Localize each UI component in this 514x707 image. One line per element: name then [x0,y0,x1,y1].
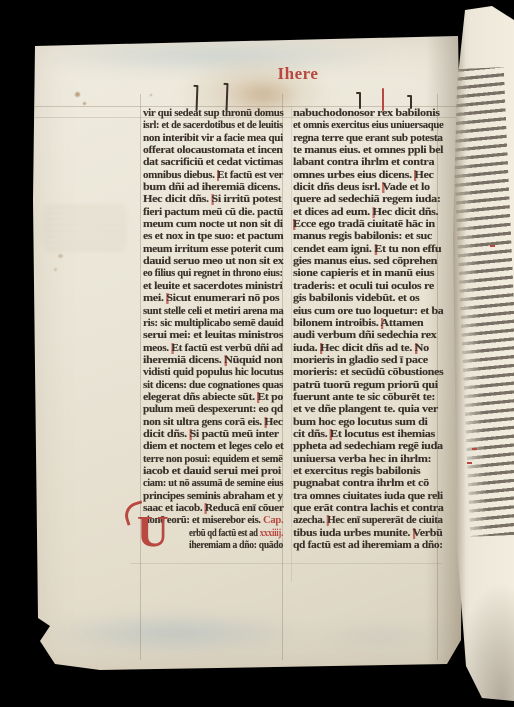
text-line: cit dñs. Et locutus est ihemias [293,429,443,441]
body-text: gies manus eius. sed cōprehen [293,256,437,267]
body-text: icut enumerari nō pos [173,293,280,304]
body-text: quere ad sedechiā regem iuda: [293,194,441,205]
text-line: serui mei: et leuitas ministros [143,330,283,342]
body-text: ppheta ad sedechiam regē iuda [293,441,443,452]
body-text: azecha. [293,515,327,526]
body-text: E [257,392,265,403]
body-text: t locutus est ihemias [338,429,435,440]
body-text: dicit dñs deus isrl. [293,182,382,193]
text-line: pulum meū despexerunt: eo qd [143,404,283,416]
body-text: Hec dicit dñs. [143,194,211,205]
text-line: ris: sic multiplicabo semē dauid [143,318,283,330]
body-text: t po [265,392,283,403]
text-line: gis babilonis videbūt. et os [293,293,443,305]
body-text: serui mei: et leuitas ministros [143,330,283,341]
ascender-flourish [410,95,412,109]
text-line: morieris in gladio sed ī pace [293,355,443,367]
text-line: bilonem introibis. Attamen [293,318,443,330]
body-text: diem et noctem et leges celo et [143,441,284,452]
body-text: eius cum ore tuo loquetur: et ba [293,306,443,317]
text-line: sione capieris et in manū eius [293,268,443,280]
body-text: principes seminis abraham et y [143,491,283,502]
text-line: tra omnes ciuitates iuda que reli [293,491,443,503]
body-text: ris: sic multiplicabo semē dauid [143,318,283,329]
text-line: omnes urbes eius dicens. Hec [293,170,443,182]
text-line: iuda. Hec dicit dñs ad te. No [293,343,443,355]
text-line: et leuite et sacerdotes ministri [143,281,283,293]
text-line: manus regis babilonis: et suc [293,231,443,243]
body-text: H [320,343,329,354]
body-text: sunt stelle celi et metiri arena ma [143,306,283,317]
text-line: isrl: et de sacerdotibus et de leuitis [143,120,283,132]
body-text: t tu non effu [382,244,441,255]
ruling-line-vertical [291,106,292,582]
stain-blue-bottom [35,612,315,654]
text-line: vidisti quid populus hic locutus [143,367,283,379]
body-text: pugnabat contra ihrlm et cō [293,478,429,489]
body-text: offerat olocaustomata et incen [143,145,283,156]
ruling-line-vertical [140,94,141,660]
body-text: patrū tuorū regum priorū qui [293,380,438,391]
ruling-line-horizontal [30,106,462,107]
text-line: nabuchodonosor rex babilonis [293,108,443,120]
text-line: traderis: et oculi tui oculos re [293,281,443,293]
body-text: audi verbum dñi sedechia rex [293,330,436,341]
body-text: nabuchodonosor rex babilonis [293,108,440,119]
text-line: et dices ad eum. Hec dicit dñs. [293,207,443,219]
parchment-spot [75,92,80,97]
text-line: morieris: et secūdū cōbustiones [293,367,443,379]
stain-blue-top [35,38,395,74]
body-text: o [423,343,429,354]
text-line: sit dicens: due cognationes quas [143,380,283,392]
text-line: mei. Sicut enumerari nō pos [143,293,283,305]
text-line: non interibit vir a facie mea qui [143,133,283,145]
text-line: bum dñi ad iheremiā dicens. [143,182,283,194]
text-line: pugnabat contra ihrlm et cō [293,478,443,490]
text-line: gies manus eius. sed cōprehen [293,256,443,268]
body-text: terre non posui: equidem et semē [143,454,283,465]
body-text: dat sacrificiū et cedat victimas [143,157,283,168]
parchment-spot [83,102,86,105]
text-line: diem et noctem et leges celo et [143,441,283,453]
body-text: morieris in gladio sed ī pace [293,355,428,366]
chapter-initial: U [137,508,185,558]
text-line: dat sacrificiū et cedat victimas [143,157,283,169]
body-text: H [373,207,382,218]
body-text: bum hoc ego locutus sum di [293,417,428,428]
text-line: meum cum nocte ut non sit di [143,219,283,231]
body-text: manus regis babilonis: et suc [293,231,432,242]
body-text: E [217,170,224,181]
body-text: uniuersa verba hec in ihrlm: [293,454,431,465]
text-line: ciam: ut nō assumā de semine eius [143,478,283,490]
body-text: es et nox in tpe suo: et pactum [143,231,283,242]
body-text: N [224,355,232,366]
text-line: quere ad sedechiā regem iuda: [293,194,443,206]
parchment-spot [150,94,152,96]
body-text: isrl: et de sacerdotibus et de leuitis [143,120,283,131]
text-line: es et nox in tpe suo: et pactum [143,231,283,243]
text-line: patrū tuorū regum priorū qui [293,380,443,392]
body-text: non sit ultra gens corā eis. [143,417,264,428]
body-text: et exercitus regis babilonis [293,466,420,477]
body-text: cendet eam igni. [293,244,374,255]
body-text: t factū est ver [224,170,283,181]
text-line: principes seminis abraham et y [143,491,283,503]
body-text: meum cum nocte ut non sit di [143,219,283,230]
facing-page-text [450,67,514,537]
stain-blue-bottom-2 [300,622,460,650]
text-line: sunt stelle celi et metiri arena ma [143,306,283,318]
text-line: Ecce ego tradā ciuitatē hāc in [293,219,443,231]
body-text: H [414,170,423,181]
body-text: ec [273,417,283,428]
text-line: que erāt contra lachis et contra [293,503,443,515]
ink-showthrough-patch [42,206,127,250]
text-line: te manus eius. et omnes ppli bel [293,145,443,157]
body-text: iheremiā dicens. [143,355,224,366]
body-text: i pactū meū inter [196,429,279,440]
text-line: vir qui sedeat sup thronū domus [143,108,283,120]
parchment-spot [58,254,63,258]
text-line: bum hoc ego locutus sum di [293,417,443,429]
body-text: tibus iuda urbes munite. [293,528,412,539]
body-text: te manus eius. et omnes ppli bel [293,145,443,156]
body-text: elegerat dñs abiecte sūt. [143,392,257,403]
text-line: cendet eam igni. Et tu non effu [293,244,443,256]
rubric-text: xxxiiij. [260,528,283,539]
body-text: E [374,244,382,255]
text-line: Hec dicit dñs. Si irritū potest [143,194,283,206]
body-text: omnibus diebus. [143,170,217,181]
body-text: erbū [420,528,443,539]
body-text: t factū est verbū dñi ad [179,343,283,354]
rubric-text: Cap. [263,515,283,526]
body-text: cit dñs. [293,429,330,440]
body-text: erbū qd factū est ad [189,528,260,539]
text-line: meos. Et factū est verbū dñi ad [143,343,283,355]
body-text: vir qui sedeat sup thronū domus [143,108,283,119]
text-line: labant contra ihrlm et contra [293,157,443,169]
text-line: non sit ultra gens corā eis. Hec [143,417,283,429]
body-text: sione capieris et in manū eius [293,268,434,279]
body-text: et omnis exercitus eius uniuersaque [293,120,443,131]
body-text: cce ego tradā ciuitatē hāc in [301,219,435,230]
text-line: et ve dñe plangent te. quia ver [293,404,443,416]
body-text: iacob et dauid serui mei proi [143,466,281,477]
body-text: non interibit vir a facie mea qui [143,133,283,144]
text-line: tibus iuda urbes munite. Verbū [293,528,443,540]
body-text: gis babilonis videbūt. et os [293,293,419,304]
body-text: tra omnes ciuitates iuda que reli [293,491,443,502]
body-text: A [380,318,388,329]
body-text: omnes urbes eius dicens. [293,170,414,181]
running-header: Ihere [263,64,333,84]
body-text: traderis: et oculi tui oculos re [293,281,434,292]
body-text: i irritū potest [218,194,282,205]
text-line: eo filius qui regnet in throno eius: [143,268,283,280]
text-column-right: nabuchodonosor rex babiloniset omnis exe… [293,108,443,560]
body-text: qd factū est ad iheremiam a dño: [293,540,443,551]
body-text: eo filius qui regnet in throno eius: [143,268,283,279]
body-text: iheremiam a dño: quādo [189,540,283,551]
text-column-left: vir qui sedeat sup thronū domusisrl: et … [143,108,283,560]
body-text: sit dicens: due cognationes quas [143,380,283,391]
text-line: meum irritum esse poterit cum [143,244,283,256]
body-text: iuda. [293,343,320,354]
text-line: audi verbum dñi sedechia rex [293,330,443,342]
facing-page-edge [452,6,514,701]
body-text: ec enī supererāt de ciuita [335,515,442,526]
body-text: et leuite et sacerdotes ministri [143,281,282,292]
photo-backdrop: Ihere vir qui sedeat sup thronū domusisr… [0,0,514,707]
body-text: bum dñi ad iheremiā dicens. [143,182,280,193]
body-text: morieris: et secūdū cōbustiones [293,367,443,378]
text-line: dauid seruo meo ut non sit ex [143,256,283,268]
text-line: iacob et dauid serui mei proi [143,466,283,478]
body-text: vidisti quid populus hic locutus [143,367,283,378]
body-text: dicit dñs. [143,429,189,440]
body-text: ec dicit dñs ad te. [329,343,415,354]
body-text: ec [423,170,433,181]
body-text: bilonem introibis. [293,318,380,329]
text-line: dicit dñs. Si pactū meū inter [143,429,283,441]
text-line: elegerat dñs abiecte sūt. Et po [143,392,283,404]
body-text: V [412,528,419,539]
body-text: ūquid non [233,355,283,366]
manuscript-page: Ihere vir qui sedeat sup thronū domusisr… [30,34,470,674]
body-text: dauid seruo meo ut non sit ex [143,256,283,267]
body-text: et dices ad eum. [293,207,373,218]
text-line: iheremiā dicens. Nūquid non [143,355,283,367]
body-text: que erāt contra lachis et contra [293,503,444,514]
rubric-tick [467,462,472,464]
body-text: N [415,343,423,354]
text-line: et exercitus regis babilonis [293,466,443,478]
text-line: et omnis exercitus eius uniuersaque [293,120,443,132]
text-line: dicit dñs deus isrl. Vade et lo [293,182,443,194]
text-line: uniuersa verba hec in ihrlm: [293,454,443,466]
body-text: educā enī cōuer [213,503,284,514]
text-line: eius cum ore tuo loquetur: et ba [293,306,443,318]
body-text: mei. [143,293,166,304]
rubric-tick [472,448,477,450]
body-text: meum irritum esse poterit cum [143,244,284,255]
body-text: meos. [143,343,171,354]
text-line: regna terre que erant sub potesta [293,133,443,145]
text-line: fuerunt ante te sic cōburēt te: [293,392,443,404]
ruling-line-horizontal [130,563,442,564]
ascender-flourish [359,92,361,109]
text-line: qd factū est ad iheremiam a dño: [293,540,443,552]
text-line: terre non posui: equidem et semē [143,454,283,466]
body-text: fuerunt ante te sic cōburēt te: [293,392,435,403]
text-line: omnibus diebus. Et factū est ver [143,170,283,182]
parchment-spot [54,268,57,271]
text-line: fieri pactum meū cū die. pactū [143,207,283,219]
body-text: fieri pactum meū cū die. pactū [143,207,283,218]
rubric-tick [490,245,495,247]
body-text: ec dicit dñs. [382,207,439,218]
body-text: H [327,515,335,526]
body-text: E [330,429,338,440]
body-text: ciam: ut nō assumā de semine eius [143,478,283,489]
body-text: regna terre que erant sub potesta [293,133,443,144]
body-text: et ve dñe plangent te. quia ver [293,404,438,415]
text-line: azecha. Hec enī supererāt de ciuita [293,515,443,527]
text-line: ppheta ad sedechiam regē iuda [293,441,443,453]
body-text: ade et lo [390,182,430,193]
body-text: ttamen [389,318,423,329]
body-text: labant contra ihrlm et contra [293,157,434,168]
body-text: pulum meū despexerunt: eo qd [143,404,283,415]
text-line: offerat olocaustomata et incen [143,145,283,157]
